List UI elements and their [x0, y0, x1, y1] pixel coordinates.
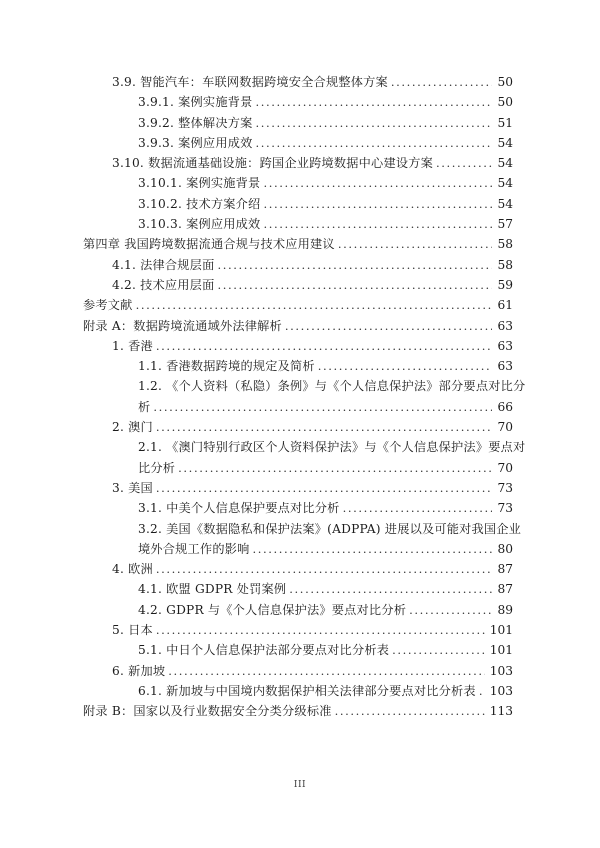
toc-entry-label: 3.10.2. 技术方案介绍 [138, 194, 260, 214]
toc-entry: 5. 日本 101 [83, 620, 513, 640]
toc-entry-label: 1.1. 香港数据跨境的规定及简析 [138, 356, 315, 376]
dot-leader [335, 701, 485, 715]
toc-entry: 4. 欧洲 87 [83, 559, 513, 579]
dot-leader [255, 113, 492, 127]
toc-page-number: 70 [494, 417, 513, 437]
toc-entry-continuation: 比分析 70 [83, 458, 513, 478]
toc-entry-label: 6. 新加坡 [112, 661, 165, 681]
toc-entry-label: 2. 澳门 [112, 417, 153, 437]
toc-entry: 6. 新加坡 103 [83, 661, 513, 681]
toc-page-number: 54 [494, 173, 513, 193]
toc-entry: 3.9.1. 案例实施背景 50 [83, 92, 513, 112]
dot-leader [289, 579, 492, 593]
dot-leader [255, 133, 492, 147]
toc-entry-label: 附录 B：国家以及行业数据安全分类分级标准 [83, 701, 332, 721]
toc-page-number: 57 [494, 214, 513, 234]
toc-page-number: 73 [494, 478, 513, 498]
toc-page-number: 54 [494, 133, 513, 153]
toc-entry-label: 4.2. GDPR 与《个人信息保护法》要点对比分析 [138, 600, 406, 620]
toc-entry: 5.1. 中日个人信息保护法部分要点对比分析表 101 [83, 640, 513, 660]
toc-page-number: 51 [494, 113, 513, 133]
toc-page-number: 63 [494, 316, 513, 336]
toc-page-number: 101 [487, 620, 513, 640]
toc-page-number: 113 [487, 701, 513, 721]
toc-entry-label: 3.10. 数据流通基础设施：跨国企业跨境数据中心建设方案 [112, 153, 433, 173]
toc-entry: 3.9. 智能汽车：车联网数据跨境安全合规整体方案 50 [83, 72, 513, 92]
toc-entry-continuation: 境外合规工作的影响 80 [83, 539, 513, 559]
dot-leader [153, 397, 492, 411]
toc-entry: 4.2. GDPR 与《个人信息保护法》要点对比分析 89 [83, 600, 513, 620]
dot-leader [168, 661, 484, 675]
toc-entry-label: 3.10.3. 案例应用成效 [138, 214, 260, 234]
toc-entry: 6.1. 新加坡与中国境内数据保护相关法律部分要点对比分析表 103 [83, 681, 513, 701]
toc-entry: 4.1. 欧盟 GDPR 处罚案例 87 [83, 579, 513, 599]
toc-entry-label: 4.1. 法律合规层面 [112, 255, 214, 275]
toc: 3.9. 智能汽车：车联网数据跨境安全合规整体方案 50 3.9.1. 案例实施… [83, 72, 513, 722]
toc-entry: 参考文献 61 [83, 295, 513, 315]
dot-leader [285, 316, 493, 330]
toc-entry-label: 析 [138, 397, 150, 417]
toc-entry: 1.2. 《个人资料（私隐）条例》与《个人信息保护法》部分要点对比分 [83, 376, 513, 396]
toc-entry-label: 境外合规工作的影响 [138, 539, 250, 559]
toc-page-number: 58 [494, 255, 513, 275]
toc-entry-label: 3. 美国 [112, 478, 153, 498]
toc-entry: 第四章 我国跨境数据流通合规与技术应用建议 58 [83, 234, 513, 254]
toc-entry-label: 1.2. 《个人资料（私隐）条例》与《个人信息保护法》部分要点对比分 [138, 376, 525, 396]
dot-leader [253, 539, 493, 553]
toc-page-number: 101 [487, 640, 513, 660]
toc-entry-label: 第四章 我国跨境数据流通合规与技术应用建议 [83, 234, 335, 254]
toc-entry: 3.10.2. 技术方案介绍 54 [83, 194, 513, 214]
toc-page-number: 61 [494, 295, 513, 315]
toc-entry: 附录 B：国家以及行业数据安全分类分级标准 113 [83, 701, 513, 721]
toc-entry-label: 5.1. 中日个人信息保护法部分要点对比分析表 [138, 640, 389, 660]
dot-leader [392, 640, 485, 654]
dot-leader [136, 295, 493, 309]
dot-leader [255, 92, 492, 106]
toc-page-number: 59 [494, 275, 513, 295]
toc-page-number: 50 [494, 92, 513, 112]
dot-leader [343, 498, 493, 512]
toc-page-number: 87 [494, 559, 513, 579]
toc-entry: 3. 美国 73 [83, 478, 513, 498]
toc-page-number: 58 [494, 234, 513, 254]
toc-entry-label: 3.1. 中美个人信息保护要点对比分析 [138, 498, 340, 518]
toc-entry-label: 比分析 [138, 458, 175, 478]
dot-leader [436, 153, 492, 167]
toc-entry-label: 3.9. 智能汽车：车联网数据跨境安全合规整体方案 [112, 72, 388, 92]
toc-entry-label: 2.1. 《澳门特别行政区个人资料保护法》与《个人信息保护法》要点对 [138, 437, 525, 457]
toc-entry: 3.9.3. 案例应用成效 54 [83, 133, 513, 153]
toc-page-number: 80 [494, 539, 513, 559]
dot-leader [318, 356, 493, 370]
dot-leader [217, 255, 492, 269]
dot-leader [178, 458, 492, 472]
toc-page-number: 50 [494, 72, 513, 92]
toc-entry-label: 4.1. 欧盟 GDPR 处罚案例 [138, 579, 286, 599]
dot-leader [263, 214, 492, 228]
toc-entry: 3.2. 美国《数据隐私和保护法案》(ADPPA) 进展以及可能对我国企业 [83, 519, 513, 539]
dot-leader [391, 72, 493, 86]
toc-entry: 4.1. 法律合规层面 58 [83, 255, 513, 275]
toc-page-number: 103 [487, 661, 513, 681]
footer-page-number: III [294, 780, 306, 790]
toc-entry-label: 3.9.1. 案例实施背景 [138, 92, 252, 112]
toc-entry: 1.1. 香港数据跨境的规定及简析 63 [83, 356, 513, 376]
toc-entry: 3.9.2. 整体解决方案 51 [83, 113, 513, 133]
dot-leader [263, 194, 492, 208]
toc-entry-label: 附录 A：数据跨境流通域外法律解析 [83, 316, 282, 336]
toc-page-number: 73 [494, 498, 513, 518]
dot-leader [156, 620, 485, 634]
toc-entry: 1. 香港 63 [83, 336, 513, 356]
toc-entry: 2. 澳门 70 [83, 417, 513, 437]
toc-page-number: 63 [494, 336, 513, 356]
dot-leader [409, 600, 492, 614]
toc-entry-label: 3.9.2. 整体解决方案 [138, 113, 252, 133]
toc-entry-label: 3.10.1. 案例实施背景 [138, 173, 260, 193]
toc-page-number: 70 [494, 458, 513, 478]
toc-entry-label: 4.2. 技术应用层面 [112, 275, 214, 295]
toc-entry-label: 6.1. 新加坡与中国境内数据保护相关法律部分要点对比分析表 [138, 681, 476, 701]
toc-entry: 3.1. 中美个人信息保护要点对比分析 73 [83, 498, 513, 518]
toc-page-number: 63 [494, 356, 513, 376]
toc-entry: 3.10.3. 案例应用成效 57 [83, 214, 513, 234]
dot-leader [263, 173, 492, 187]
toc-entry: 4.2. 技术应用层面 59 [83, 275, 513, 295]
dot-leader [217, 275, 492, 289]
dot-leader [479, 681, 485, 695]
toc-entry-label: 5. 日本 [112, 620, 153, 640]
toc-entry: 2.1. 《澳门特别行政区个人资料保护法》与《个人信息保护法》要点对 [83, 437, 513, 457]
page-footer: III [0, 780, 600, 790]
dot-leader [156, 478, 493, 492]
toc-entry-label: 3.2. 美国《数据隐私和保护法案》(ADPPA) 进展以及可能对我国企业 [138, 519, 521, 539]
dot-leader [156, 417, 493, 431]
toc-page-number: 66 [494, 397, 513, 417]
toc-entry-label: 3.9.3. 案例应用成效 [138, 133, 252, 153]
toc-entry: 3.10.1. 案例实施背景 54 [83, 173, 513, 193]
toc-page-number: 54 [494, 194, 513, 214]
toc-entry-continuation: 析 66 [83, 397, 513, 417]
dot-leader [156, 559, 493, 573]
toc-page-number: 103 [487, 681, 513, 701]
toc-entry: 3.10. 数据流通基础设施：跨国企业跨境数据中心建设方案 54 [83, 153, 513, 173]
toc-page-number: 87 [494, 579, 513, 599]
toc-page-number: 54 [494, 153, 513, 173]
toc-entry: 附录 A：数据跨境流通域外法律解析 63 [83, 316, 513, 336]
dot-leader [156, 336, 493, 350]
toc-entry-label: 参考文献 [83, 295, 133, 315]
dot-leader [338, 234, 493, 248]
toc-entry-label: 4. 欧洲 [112, 559, 153, 579]
toc-page-number: 89 [494, 600, 513, 620]
toc-entry-label: 1. 香港 [112, 336, 153, 356]
